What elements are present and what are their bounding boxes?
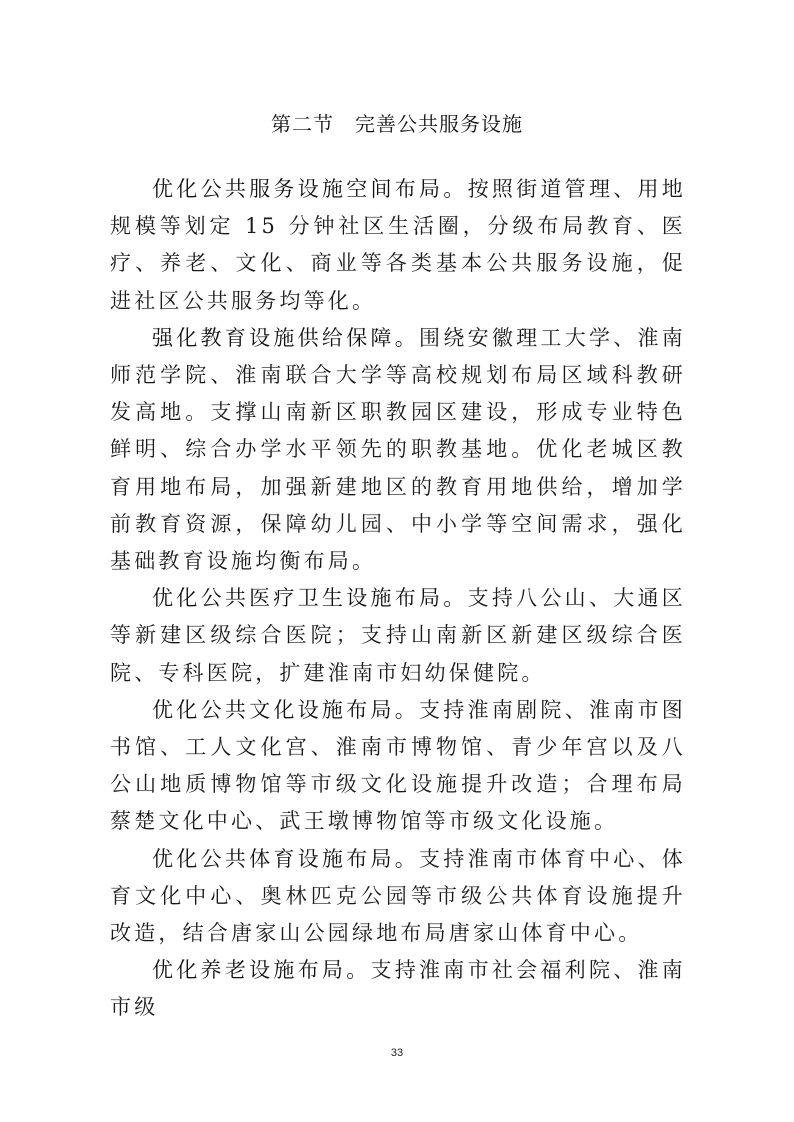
paragraph-lead: 优化公共服务设施空间布局。 xyxy=(152,177,468,201)
paragraph-lead: 优化公共体育设施布局。 xyxy=(152,847,419,871)
paragraph-education-facilities: 强化教育设施供给保障。围绕安徽理工大学、淮南师范学院、淮南联合大学等高校规划布局… xyxy=(110,320,686,580)
paragraph-body: 围绕安徽理工大学、淮南师范学院、淮南联合大学等高校规划布局区域科教研发高地。支撑… xyxy=(110,326,686,573)
page-number: 33 xyxy=(0,1047,794,1059)
paragraph-medical-facilities: 优化公共医疗卫生设施布局。支持八公山、大通区等新建区级综合医院；支持山南新区新建… xyxy=(110,580,686,692)
paragraph-sports-facilities: 优化公共体育设施布局。支持淮南市体育中心、体育文化中心、奥林匹克公园等市级公共体… xyxy=(110,841,686,953)
paragraph-lead: 优化养老设施布局。 xyxy=(152,958,370,982)
paragraph-cultural-facilities: 优化公共文化设施布局。支持淮南剧院、淮南市图书馆、工人文化宫、淮南市博物馆、青少… xyxy=(110,692,686,841)
paragraph-lead: 优化公共文化设施布局。 xyxy=(152,698,419,722)
document-body: 优化公共服务设施空间布局。按照街道管理、用地规模等划定 15 分钟社区生活圈，分… xyxy=(110,171,686,1027)
paragraph-lead: 强化教育设施供给保障。 xyxy=(152,326,419,350)
document-page: 第二节 完善公共服务设施 优化公共服务设施空间布局。按照街道管理、用地规模等划定… xyxy=(0,0,794,1122)
paragraph-public-service-layout: 优化公共服务设施空间布局。按照街道管理、用地规模等划定 15 分钟社区生活圈，分… xyxy=(110,171,686,320)
paragraph-lead: 优化公共医疗卫生设施布局。 xyxy=(152,586,468,610)
paragraph-elderly-care-facilities: 优化养老设施布局。支持淮南市社会福利院、淮南市级 xyxy=(110,952,686,1026)
section-title: 第二节 完善公共服务设施 xyxy=(0,108,794,137)
